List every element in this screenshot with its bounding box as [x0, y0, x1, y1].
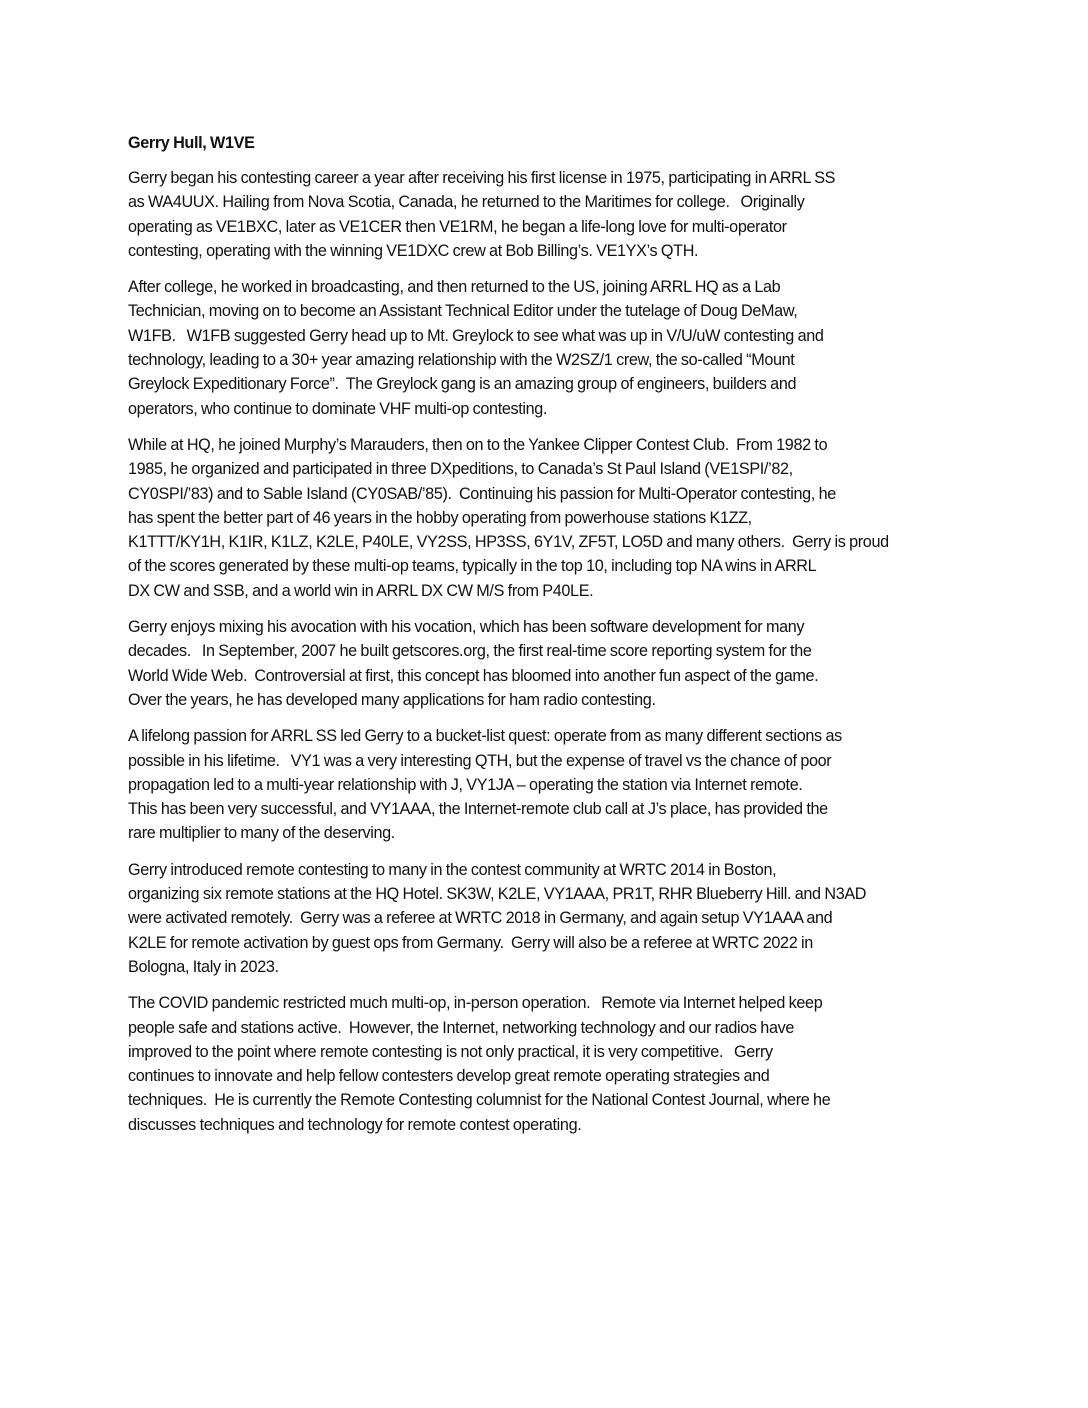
paragraph-software: Gerry enjoys mixing his avocation with h… — [128, 615, 968, 712]
text-line: has spent the better part of 46 years in… — [128, 506, 968, 530]
text-line: of the scores generated by these multi-o… — [128, 554, 968, 578]
paragraph-covid-remote: The COVID pandemic restricted much multi… — [128, 991, 968, 1137]
text-line: Technician, moving on to become an Assis… — [128, 299, 968, 323]
text-line: decades. In September, 2007 he built get… — [128, 639, 968, 663]
text-line: The COVID pandemic restricted much multi… — [128, 991, 968, 1015]
text-line: CY0SPI/’83) and to Sable Island (CY0SAB/… — [128, 482, 968, 506]
text-line: Gerry introduced remote contesting to ma… — [128, 858, 968, 882]
text-line: techniques. He is currently the Remote C… — [128, 1088, 968, 1112]
text-line: Gerry began his contesting career a year… — [128, 166, 968, 190]
text-line: A lifelong passion for ARRL SS led Gerry… — [128, 724, 968, 748]
paragraph-arrl-ss: A lifelong passion for ARRL SS led Gerry… — [128, 724, 968, 845]
text-line: people safe and stations active. However… — [128, 1016, 968, 1040]
text-line: organizing six remote stations at the HQ… — [128, 882, 968, 906]
text-line: discusses techniques and technology for … — [128, 1113, 968, 1137]
paragraph-wrtc: Gerry introduced remote contesting to ma… — [128, 858, 968, 979]
document-title: Gerry Hull, W1VE — [128, 130, 968, 156]
text-line: continues to innovate and help fellow co… — [128, 1064, 968, 1088]
paragraph-dxpeditions: While at HQ, he joined Murphy’s Marauder… — [128, 433, 968, 603]
text-line: contesting, operating with the winning V… — [128, 239, 968, 263]
text-line: rare multiplier to many of the deserving… — [128, 821, 968, 845]
text-line: Greylock Expeditionary Force”. The Greyl… — [128, 372, 968, 396]
text-line: propagation led to a multi-year relation… — [128, 773, 968, 797]
text-line: K2LE for remote activation by guest ops … — [128, 931, 968, 955]
text-line: K1TTT/KY1H, K1IR, K1LZ, K2LE, P40LE, VY2… — [128, 530, 968, 554]
document-page: Gerry Hull, W1VE Gerry began his contest… — [0, 0, 1088, 1408]
text-line: DX CW and SSB, and a world win in ARRL D… — [128, 579, 968, 603]
text-line: as WA4UUX. Hailing from Nova Scotia, Can… — [128, 190, 968, 214]
text-line: 1985, he organized and participated in t… — [128, 457, 968, 481]
text-line: Gerry enjoys mixing his avocation with h… — [128, 615, 968, 639]
text-line: operators, who continue to dominate VHF … — [128, 397, 968, 421]
text-line: were activated remotely. Gerry was a ref… — [128, 906, 968, 930]
text-line: World Wide Web. Controversial at first, … — [128, 664, 968, 688]
document-body: Gerry Hull, W1VE Gerry began his contest… — [128, 130, 968, 1149]
paragraph-arrl-hq: After college, he worked in broadcasting… — [128, 275, 968, 421]
text-line: improved to the point where remote conte… — [128, 1040, 968, 1064]
text-line: After college, he worked in broadcasting… — [128, 275, 968, 299]
text-line: operating as VE1BXC, later as VE1CER the… — [128, 215, 968, 239]
text-line: W1FB. W1FB suggested Gerry head up to Mt… — [128, 324, 968, 348]
text-line: possible in his lifetime. VY1 was a very… — [128, 749, 968, 773]
text-line: This has been very successful, and VY1AA… — [128, 797, 968, 821]
paragraph-early-career: Gerry began his contesting career a year… — [128, 166, 968, 263]
text-line: Bologna, Italy in 2023. — [128, 955, 968, 979]
text-line: While at HQ, he joined Murphy’s Marauder… — [128, 433, 968, 457]
text-line: Over the years, he has developed many ap… — [128, 688, 968, 712]
text-line: technology, leading to a 30+ year amazin… — [128, 348, 968, 372]
